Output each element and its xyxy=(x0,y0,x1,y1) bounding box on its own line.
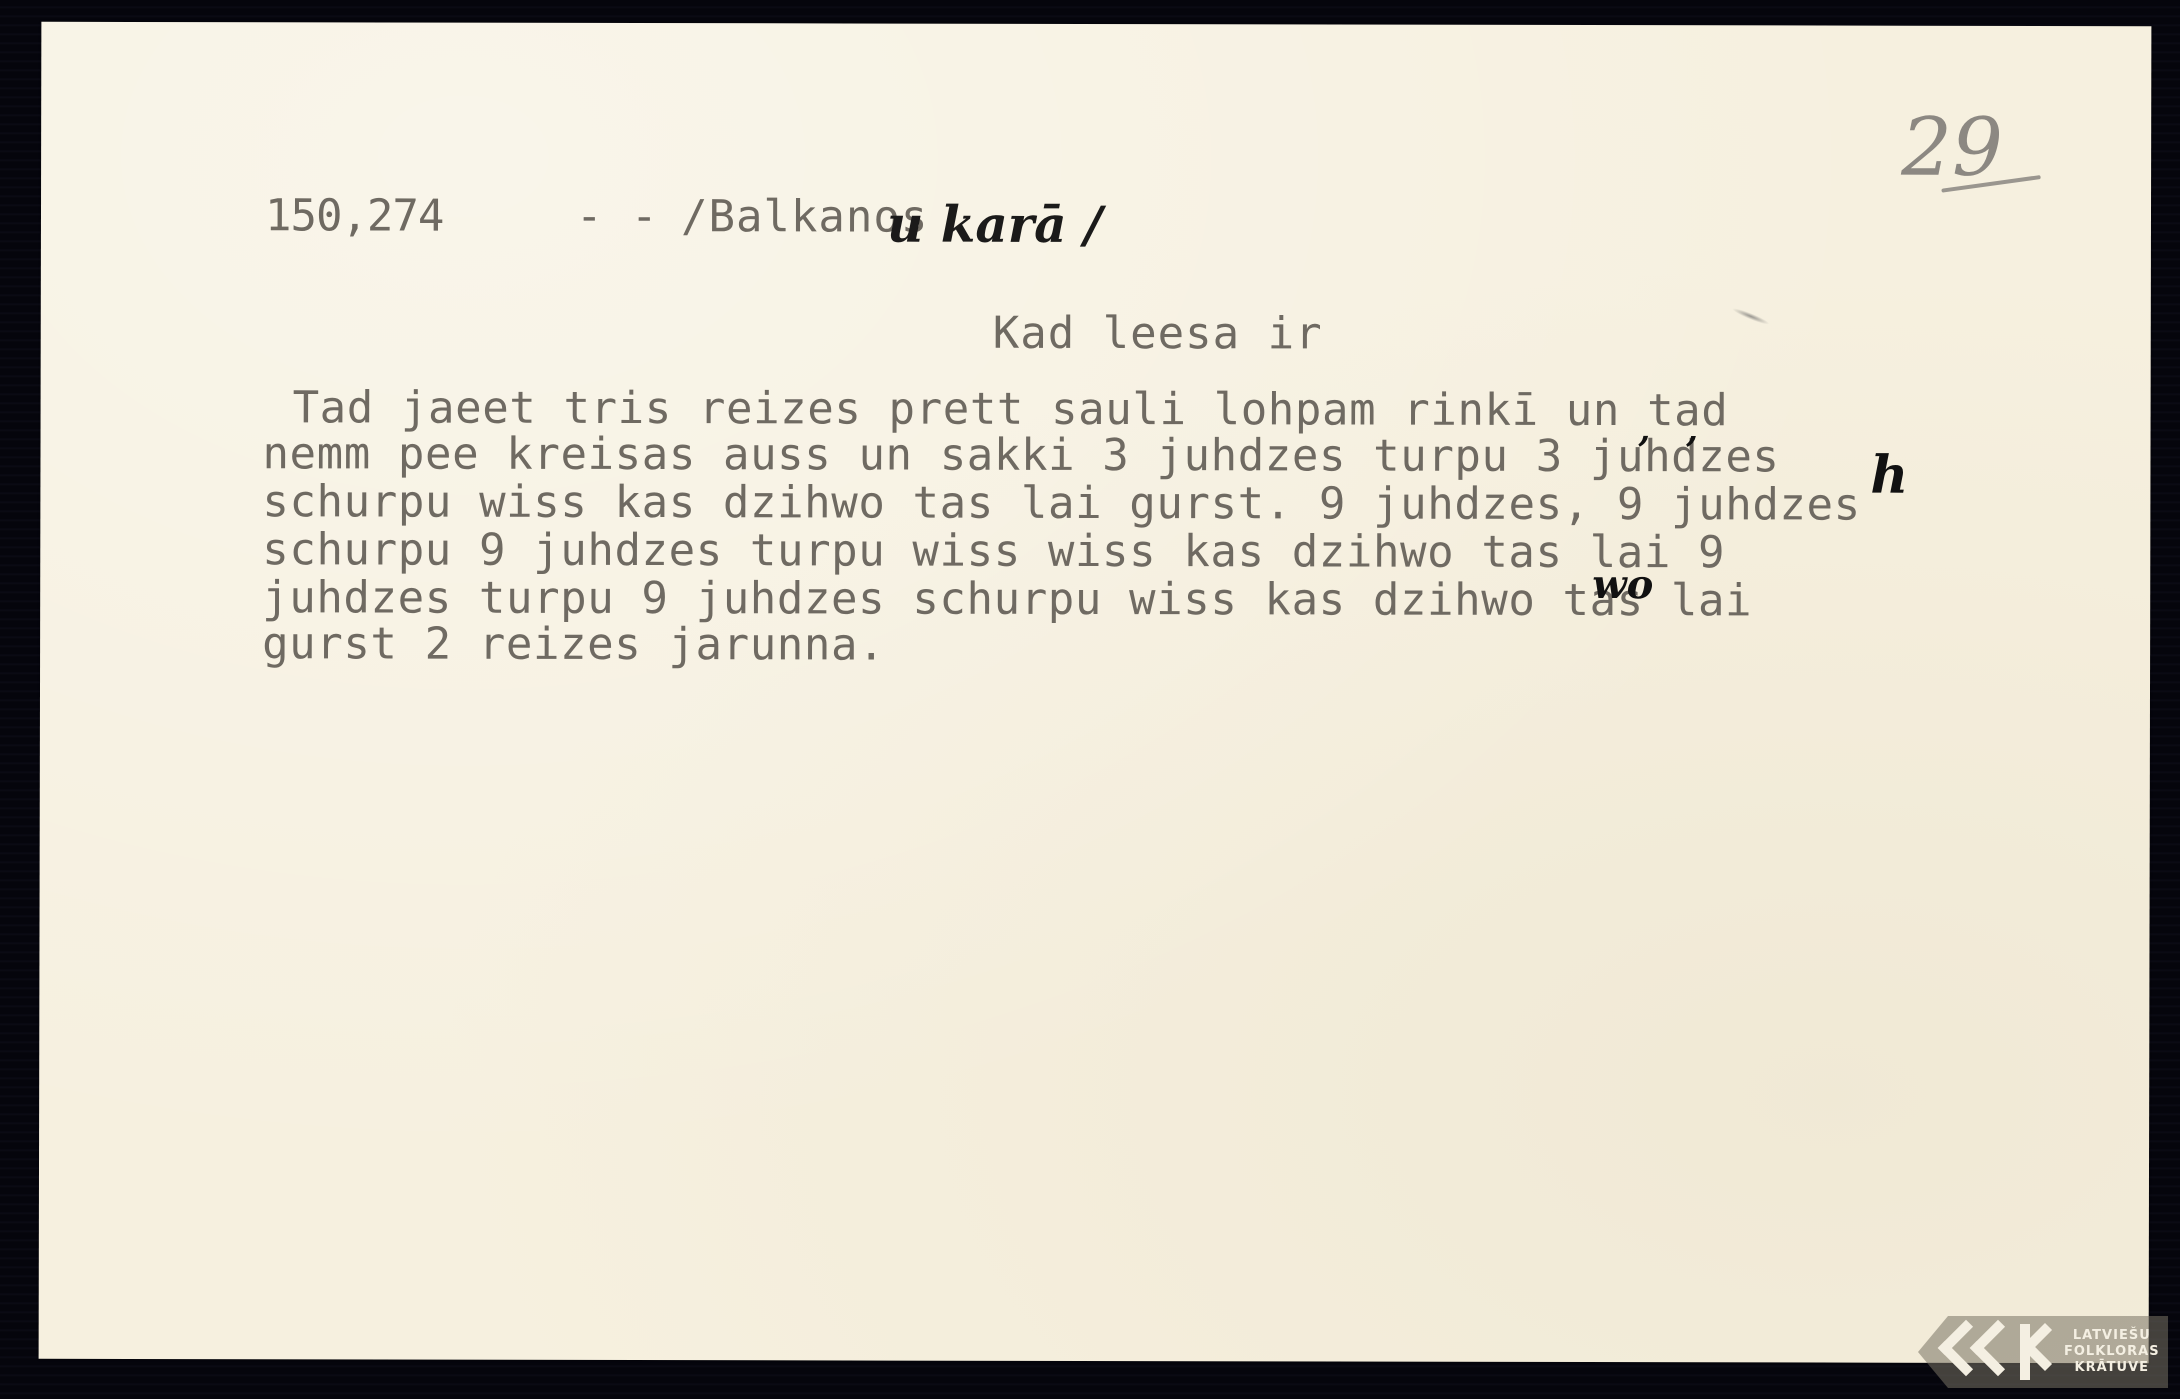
watermark-line-3: KRĀTUVE xyxy=(2064,1360,2160,1376)
lfk-chevron-logo-icon xyxy=(1932,1316,2062,1388)
pencil-page-number: 29 xyxy=(1901,108,2003,188)
watermark-line-2: FOLKLORAS xyxy=(2064,1344,2160,1360)
header-dashes: - - xyxy=(576,195,659,239)
card-number: 150,274 xyxy=(265,194,444,238)
body-line-6: gurst 2 reizes jarunna. xyxy=(262,622,885,667)
body-line-3: schurpu wiss kas dzihwo tas lai gurst. 9… xyxy=(262,480,1860,527)
archive-card: 150,274 - - /Balkanos u karā / 29 Kad le… xyxy=(39,22,2152,1363)
body-line-1: Tad jaeet tris reizes prett sauli lohpam… xyxy=(293,386,1729,433)
body-line-4: schurpu 9 juhdzes turpu wiss wiss kas dz… xyxy=(262,528,1725,575)
handwritten-header-annotation: u karā / xyxy=(887,200,1102,250)
card-subtitle: Kad leesa ir xyxy=(993,312,1323,357)
lfk-watermark-logo: LATVIEŠU FOLKLORAS KRĀTUVE xyxy=(1918,1316,2168,1388)
ink-speck xyxy=(1731,306,1770,327)
body-line-2: nemm pee kreisas auss un sakki 3 juhdzes… xyxy=(262,432,1779,479)
watermark-line-1: LATVIEŠU xyxy=(2064,1328,2160,1344)
scan-background: 150,274 - - /Balkanos u karā / 29 Kad le… xyxy=(0,0,2180,1399)
handwritten-h-correction: h xyxy=(1870,450,1908,502)
handwritten-cedilla-marks: , , xyxy=(1639,413,1711,447)
body-line-5: juhdzes turpu 9 juhdzes schurpu wiss kas… xyxy=(262,576,1752,623)
watermark-text: LATVIEŠU FOLKLORAS KRĀTUVE xyxy=(2064,1328,2160,1376)
handwritten-wo-correction: wo xyxy=(1592,565,1653,605)
